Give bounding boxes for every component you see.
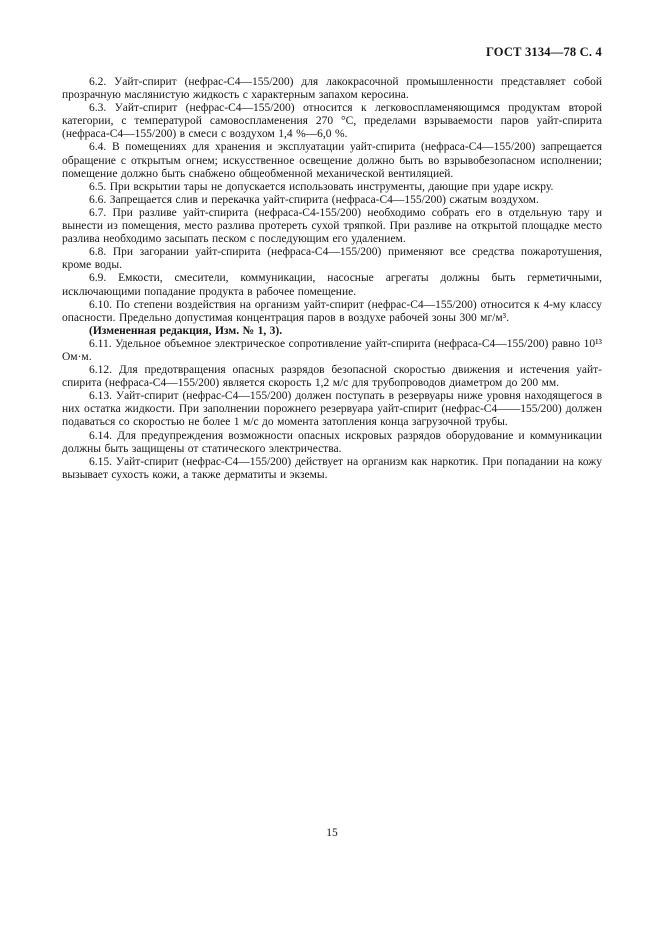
clause-6-11: 6.11. Удельное объемное электрическое со… [62,338,602,364]
clause-6-9: 6.9. Емкости, смесители, коммуникации, н… [62,272,602,298]
document-header: ГОСТ 3134—78 С. 4 [62,45,602,59]
clause-6-8: 6.8. При загорании уайт-спирита (нефраса… [62,246,602,272]
document-page: ГОСТ 3134—78 С. 4 6.2. Уайт-спирит (нефр… [0,0,661,936]
clause-6-5: 6.5. При вскрытии тары не допускается ис… [62,181,602,194]
clause-6-12: 6.12. Для предотвращения опасных разрядо… [62,364,602,390]
clause-6-2: 6.2. Уайт-спирит (нефрас-С4—155/200) для… [62,76,602,102]
clause-6-3: 6.3. Уайт-спирит (нефрас-С4—155/200) отн… [62,102,602,141]
page-number: 15 [62,827,602,840]
clause-6-4: 6.4. В помещениях для хранения и эксплуа… [62,141,602,180]
clause-6-6: 6.6. Запрещается слив и перекачка уайт-с… [62,194,602,207]
clause-6-14: 6.14. Для предупреждения возможности опа… [62,430,602,456]
clause-6-10: 6.10. По степени воздействия на организм… [62,299,602,325]
text-column: ГОСТ 3134—78 С. 4 6.2. Уайт-спирит (нефр… [62,45,602,482]
amendment-note: (Измененная редакция, Изм. № 1, 3). [62,325,602,338]
clause-6-15: 6.15. Уайт-спирит (нефрас-С4—155/200) де… [62,456,602,482]
clause-6-7: 6.7. При разливе уайт-спирита (нефраса-С… [62,207,602,246]
document-body: 6.2. Уайт-спирит (нефрас-С4—155/200) для… [62,76,602,482]
clause-6-13: 6.13. Уайт-спирит (нефрас-С4—155/200) до… [62,390,602,429]
